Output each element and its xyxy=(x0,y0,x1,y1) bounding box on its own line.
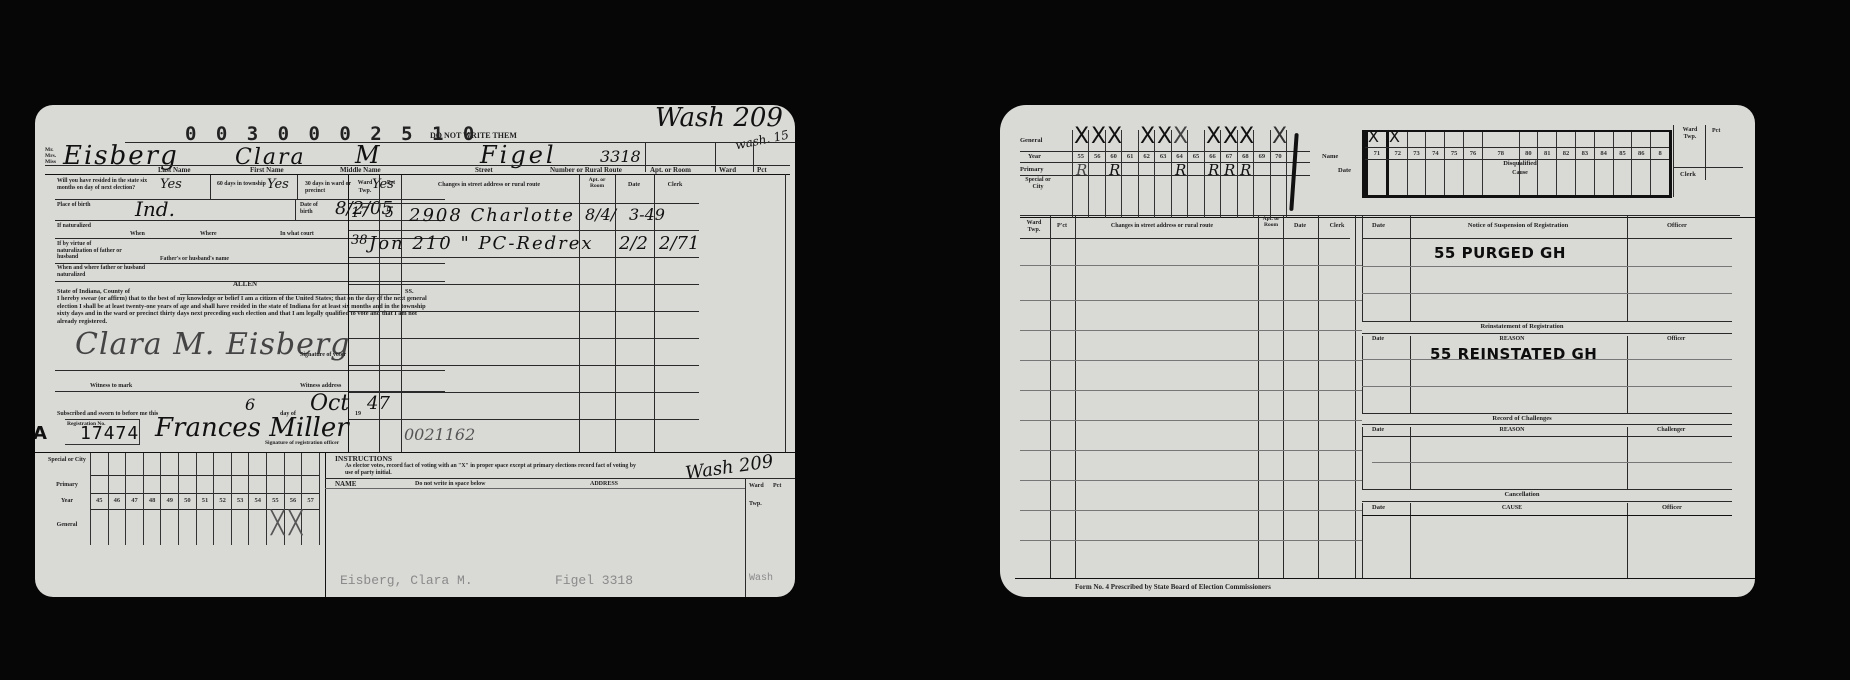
footer-pct-label: Pct xyxy=(773,482,781,490)
row-primary: Primary xyxy=(1020,166,1043,174)
date-label: Date xyxy=(1338,167,1351,175)
reinstatement-date-label: Date xyxy=(1372,335,1384,343)
row-primary: Primary xyxy=(47,481,87,489)
col-pct: Pct xyxy=(381,179,401,187)
middle-name-label: Middle Name xyxy=(340,166,381,174)
clerk-label: Clerk xyxy=(1680,171,1696,179)
row-general: General xyxy=(1020,137,1042,145)
voter-registration-card-back: General Year Primary Special or City 55 … xyxy=(1000,105,1755,597)
sworn-day-value: 6 xyxy=(245,395,255,414)
pct-label: Pct xyxy=(757,166,767,174)
resided-state-value: Yes xyxy=(160,177,182,192)
suspension-title: Notice of Suspension of Registration xyxy=(1412,222,1624,230)
reinstatement-officer-label: Officer xyxy=(1667,335,1685,343)
first-name-label: First Name xyxy=(250,166,284,174)
bracket-mark xyxy=(1289,133,1298,211)
footer-do-not-write: Do not write in space below xyxy=(415,480,486,488)
cancellation-date-label: Date xyxy=(1372,504,1385,512)
col-pct: P'ct xyxy=(1052,222,1072,230)
reinstatement-reason-label: REASON xyxy=(1412,335,1612,343)
cancellation-cause-label: CAUSE xyxy=(1412,504,1612,512)
number-label: Number or Rural Route xyxy=(550,166,622,174)
row-general: General xyxy=(47,521,87,529)
last-name-label: Last Name xyxy=(158,166,190,174)
street-label: Street xyxy=(475,166,493,174)
ward-twp-label: Ward Twp. xyxy=(1676,127,1704,140)
when-where-father-label: When and where father or husband natural… xyxy=(57,265,157,278)
cancellation-title: Cancellation xyxy=(1362,491,1682,499)
name-label: Name xyxy=(1322,153,1338,161)
address-changes-table: Ward Twp. P'ct Changes in street address… xyxy=(1020,216,1320,578)
vote-grid-2: 71 72 73 74 75 76 78 80 81 82 83 84 85 8… xyxy=(1362,130,1672,198)
row-special-city: Special or City xyxy=(1020,177,1056,190)
row-year: Year xyxy=(1028,153,1041,161)
footer-twp-label: Twp. xyxy=(749,500,762,508)
col-clerk: Clerk xyxy=(657,181,693,189)
col-address: Changes in street address or rural route xyxy=(404,181,574,189)
challenges-date-label: Date xyxy=(1372,426,1384,434)
col-ward-twp: Ward Twp. xyxy=(351,179,379,195)
vote-history-grid: Special or City Primary Year General 45 … xyxy=(35,453,325,597)
col-date: Date xyxy=(1285,222,1315,230)
disqualified-label: Disqualified xyxy=(1465,160,1575,168)
subscribed-label: Subscribed and sworn to before me this xyxy=(57,410,158,418)
apt-label: Apt. or Room xyxy=(650,166,691,174)
suspension-date-label: Date xyxy=(1372,222,1385,230)
typed-address: Figel 3318 xyxy=(555,573,633,588)
challenges-title: Record of Challenges xyxy=(1362,415,1682,423)
cancellation-officer-label: Officer xyxy=(1662,504,1682,512)
witness-mark-label: Witness to mark xyxy=(90,382,132,390)
section-letter: A xyxy=(35,423,47,444)
footer-name-label: NAME xyxy=(335,480,356,488)
days-township-value: Yes xyxy=(267,177,289,192)
voter-registration-card-front: 0 0 3 0 0 0 2 5 1 0 DO NOT WRITE THEM Wa… xyxy=(35,105,795,597)
name-prefix: Mr.Mrs.Miss xyxy=(45,147,56,165)
suspension-entry: 55 PURGED GH xyxy=(1434,244,1566,262)
row-year: Year xyxy=(47,497,87,505)
row-special-city: Special or City xyxy=(47,457,87,463)
resided-state-label: Will you have resided in the state six m… xyxy=(57,178,152,191)
bottom-note: 0021162 xyxy=(404,425,475,444)
challenges-challenger-label: Challenger xyxy=(1657,426,1685,434)
reinstatement-entry: 55 REINSTATED GH xyxy=(1430,345,1597,363)
instructions-title: INSTRUCTIONS xyxy=(335,455,392,463)
where-label: Where xyxy=(200,230,217,238)
ward-label: Ward xyxy=(719,166,736,174)
do-not-write-notice: DO NOT WRITE THEM xyxy=(430,132,517,140)
naturalized-label: If naturalized xyxy=(57,223,97,230)
year-columns: 45 46 47 48 49 50 51 52 53 54 55 56 57 xyxy=(90,453,320,545)
form-footer: Form No. 4 Prescribed by State Board of … xyxy=(1075,583,1271,591)
vote-grid-1: General Year Primary Special or City 55 … xyxy=(1020,125,1310,215)
instructions-text: As elector votes, record fact of voting … xyxy=(345,463,645,477)
when-label: When xyxy=(130,230,145,238)
witness-address-label: Witness address xyxy=(300,382,341,390)
fathers-name-label: Father's or husband's name xyxy=(160,255,229,263)
signature-voter-label: Signature of voter xyxy=(300,351,346,359)
place-of-birth-label: Place of birth xyxy=(57,202,97,209)
bottom-typed-ward: Wash xyxy=(749,573,773,584)
footer-address-label: ADDRESS xyxy=(590,480,618,488)
vote-mark-55: ╳ xyxy=(271,513,284,535)
cause-label: Cause xyxy=(1465,169,1575,177)
challenges-reason-label: REASON xyxy=(1412,426,1612,434)
vote-mark-56: ╳ xyxy=(289,513,302,535)
date-of-birth-label: Date of birth xyxy=(300,202,330,215)
days-township-label: 60 days in township xyxy=(217,181,267,188)
street-number-value: 3318 xyxy=(600,147,641,166)
address-changes-table: Ward Twp. Pct Changes in street address … xyxy=(349,175,795,452)
col-date: Date xyxy=(617,181,651,189)
bottom-handwritten-precinct: Wash 209 xyxy=(684,451,775,484)
officer-signature-label: Signature of registration officer xyxy=(265,439,339,447)
col-address: Changes in street address or rural route xyxy=(1082,222,1242,230)
registration-status-section: Date Notice of Suspension of Registratio… xyxy=(1362,216,1742,578)
handwritten-precinct: Wash 209 xyxy=(655,105,783,133)
typed-name: Eisberg, Clara M. xyxy=(340,573,473,588)
vote-mark-71: X xyxy=(1368,129,1379,145)
suspension-officer-label: Officer xyxy=(1667,222,1687,230)
pct-label: Pct xyxy=(1712,127,1720,135)
col-apt: Apt. or Room xyxy=(581,177,613,189)
vote-mark-72: X xyxy=(1389,129,1400,145)
col-apt: Apt. or Room xyxy=(1260,216,1282,228)
court-label: In what court xyxy=(280,230,314,238)
place-of-birth-value: Ind. xyxy=(135,197,175,221)
footer-ward-label: Ward xyxy=(749,482,764,490)
by-virtue-label: If by virtue of naturalization of father… xyxy=(57,241,127,261)
col-ward-twp: Ward Twp. xyxy=(1020,220,1048,233)
county-value: ALLEN xyxy=(185,280,305,288)
col-clerk: Clerk xyxy=(1322,222,1352,230)
registration-number-value: 17474 xyxy=(80,423,139,444)
reinstatement-title: Reinstatement of Registration xyxy=(1362,323,1682,331)
